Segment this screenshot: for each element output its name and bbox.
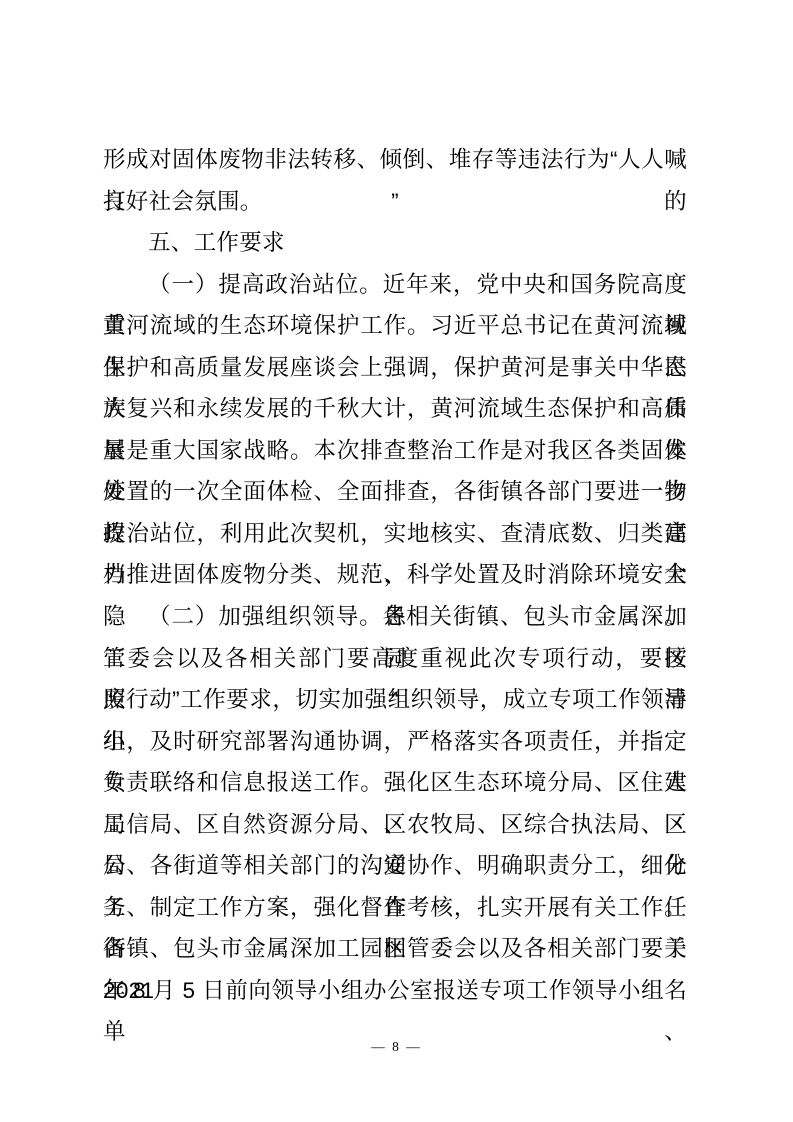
subsection-heading-line: （一）提高政治站位。近年来，党中央和国务院高度重视 (103, 264, 687, 306)
text-line: 年 8 月 5 日前向领导小组办公室报送专项工作领导小组名单、 (103, 970, 687, 1012)
text-line: 力推进固体废物分类、规范、科学处置及时消除环境安全隐患。 (103, 554, 687, 596)
document-body: 形成对固体废物非法转移、倾倒、堆存等违法行为“人人喊打”的 良好社会氛围。 五、… (103, 139, 687, 1011)
subsection-heading-line: （二）加强组织领导。各相关街镇、包头市金属深加工园区 (103, 596, 687, 638)
text-line: 保护和高质量发展座谈会上强调，保护黄河是事关中华民族伟 (103, 347, 687, 389)
section-heading: 五、工作要求 (103, 222, 687, 264)
text-line: 局、各街道等相关部门的沟通协作、明确职责分工，细化工作任 (103, 845, 687, 887)
text-line: 负责联络和信息报送工作。强化区生态环境分局、区住建局、区 (103, 762, 687, 804)
text-line: 管委会以及各相关部门要高度重视此次专项行动，要按照“清 (103, 638, 687, 680)
text-line: 街镇、包头市金属深加工园区管委会以及各相关部门要于 2021 (103, 928, 687, 970)
text-line: 形成对固体废物非法转移、倾倒、堆存等违法行为“人人喊打”的 (103, 139, 687, 181)
text-line: 政治站位，利用此次契机，实地核实、查清底数、归类建档，大 (103, 513, 687, 555)
page-number: — 8 — (0, 1038, 793, 1056)
text-line: 黄河流域的生态环境保护工作。习近平总书记在黄河流域生态 (103, 305, 687, 347)
text-line: 组，及时研究部署沟通协调，严格落实各项责任，并指定专人 (103, 721, 687, 763)
text-line: 展是重大国家战略。本次排查整治工作是对我区各类固体废物 (103, 430, 687, 472)
text-line: 处置的一次全面体检、全面排查，各街镇各部门要进一步提高 (103, 471, 687, 513)
text-line: 务、制定工作方案，强化督查考核，扎实开展有关工作。各相关 (103, 887, 687, 929)
text-line: 废行动”工作要求，切实加强组织领导，成立专项工作领导小 (103, 679, 687, 721)
document-page: 形成对固体废物非法转移、倾倒、堆存等违法行为“人人喊打”的 良好社会氛围。 五、… (0, 0, 793, 1122)
text-line: 工信局、区自然资源分局、区农牧局、区综合执法局、区公安分 (103, 804, 687, 846)
text-line: 大复兴和永续发展的千秋大计，黄河流域生态保护和高质量发 (103, 388, 687, 430)
